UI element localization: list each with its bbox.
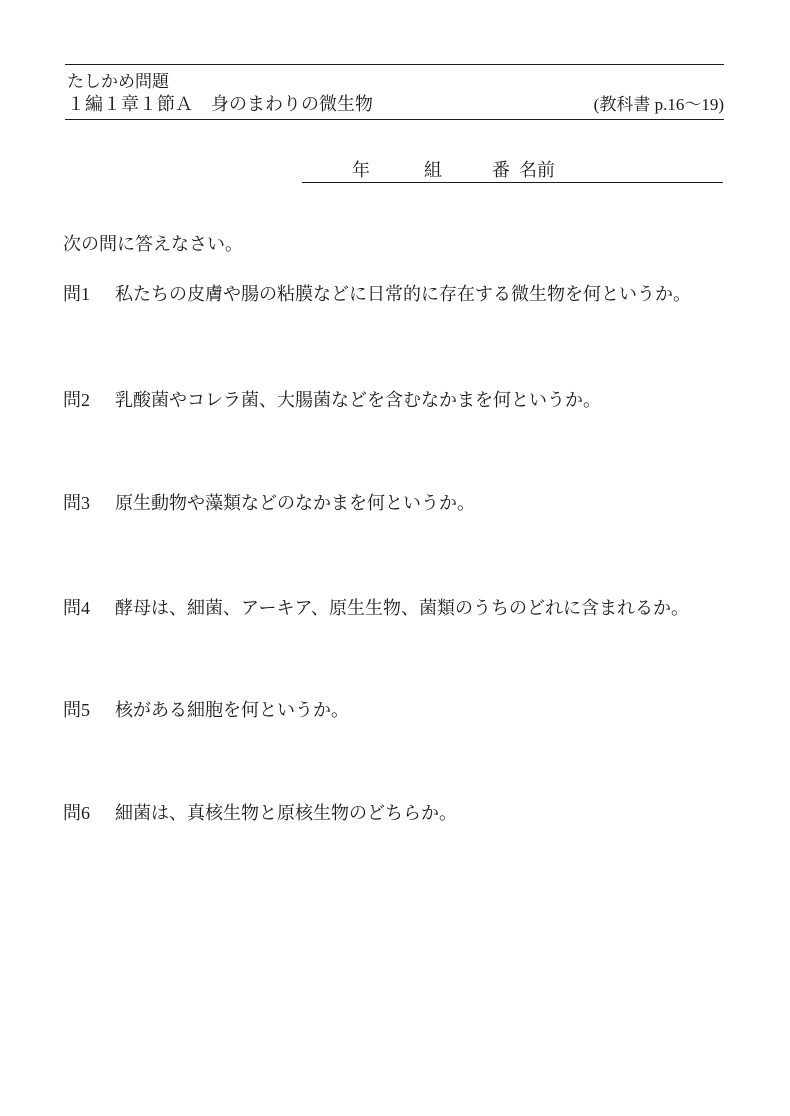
question-5-text: 核がある細胞を何というか。 — [115, 699, 349, 721]
worksheet-page: たしかめ問題 １編１章１節Ａ 身のまわりの微生物 (教科書 p.16～19) 年… — [0, 0, 790, 1116]
question-row-3: 問3 原生動物や藻類などのなかまを何というか。 — [63, 492, 743, 514]
number-label: 番 — [492, 158, 510, 182]
instruction-text: 次の問に答えなさい。 — [63, 233, 243, 255]
question-row-5: 問5 核がある細胞を何というか。 — [63, 699, 743, 721]
question-6-text: 細菌は、真核生物と原核生物のどちらか。 — [115, 802, 457, 824]
question-2-text: 乳酸菌やコレラ菌、大腸菌などを含むなかまを何というか。 — [115, 389, 601, 411]
question-4-label: 問4 — [63, 597, 115, 619]
question-3-text: 原生動物や藻類などのなかまを何というか。 — [115, 492, 475, 514]
question-1-text: 私たちの皮膚や腸の粘膜などに日常的に存在する微生物を何というか。 — [115, 283, 691, 305]
worksheet-header: たしかめ問題 １編１章１節Ａ 身のまわりの微生物 (教科書 p.16～19) — [65, 64, 724, 120]
class-label: 組 — [424, 158, 442, 182]
name-label: 名前 — [519, 158, 555, 182]
question-6-label: 問6 — [63, 802, 115, 824]
question-5-label: 問5 — [63, 699, 115, 721]
question-row-1: 問1 私たちの皮膚や腸の粘膜などに日常的に存在する微生物を何というか。 — [63, 283, 743, 305]
question-2-label: 問2 — [63, 389, 115, 411]
worksheet-title-row: １編１章１節Ａ 身のまわりの微生物 (教科書 p.16～19) — [65, 93, 724, 116]
question-row-6: 問6 細菌は、真核生物と原核生物のどちらか。 — [63, 802, 743, 824]
name-field: 年 組 番 名前 — [302, 154, 723, 183]
question-3-label: 問3 — [63, 492, 115, 514]
worksheet-type-label: たしかめ問題 — [65, 70, 724, 93]
year-label: 年 — [352, 158, 370, 182]
question-row-4: 問4 酵母は、細菌、アーキア、原生生物、菌類のうちのどれに含まれるか。 — [63, 597, 743, 619]
question-row-2: 問2 乳酸菌やコレラ菌、大腸菌などを含むなかまを何というか。 — [63, 389, 743, 411]
section-title: １編１章１節Ａ 身のまわりの微生物 — [65, 93, 373, 116]
question-4-text: 酵母は、細菌、アーキア、原生生物、菌類のうちのどれに含まれるか。 — [115, 597, 689, 619]
textbook-page-ref: (教科書 p.16～19) — [594, 93, 724, 116]
question-1-label: 問1 — [63, 283, 115, 305]
